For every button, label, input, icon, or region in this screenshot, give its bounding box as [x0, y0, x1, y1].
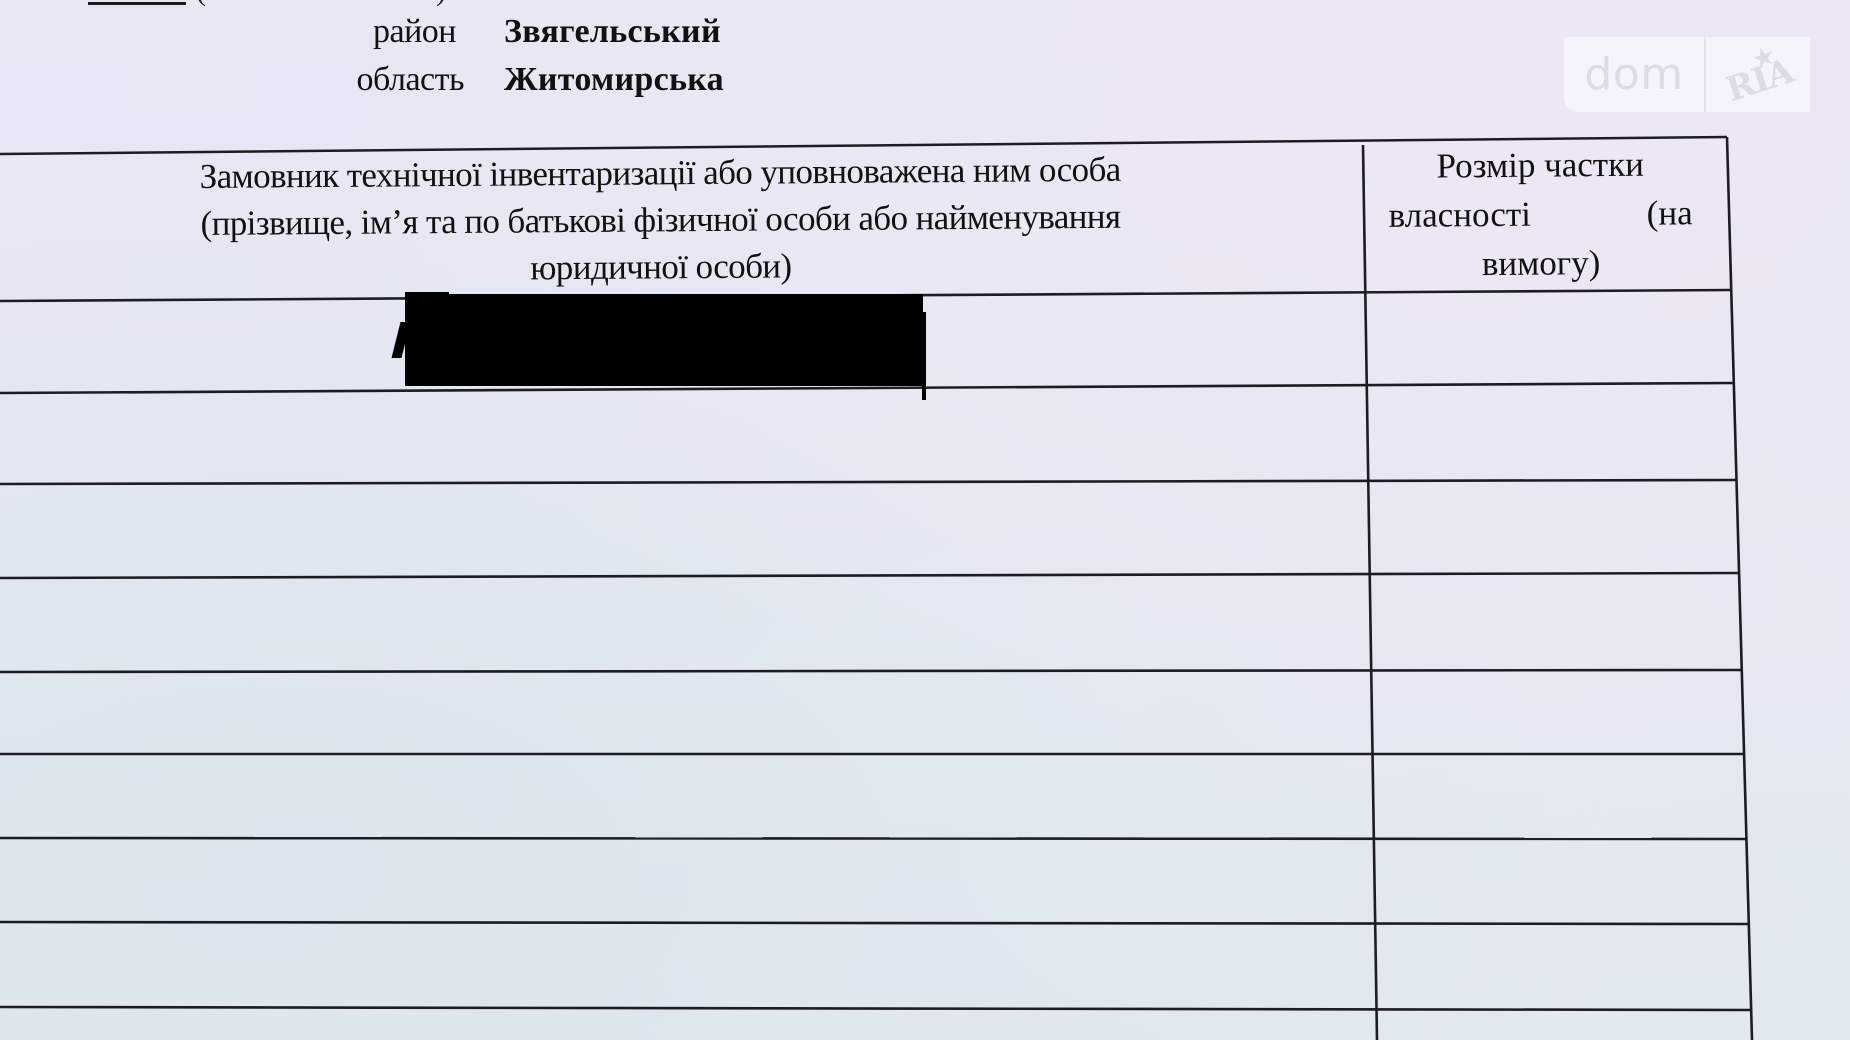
header-customer-line-2: (прізвище, ім’я та по батькові фізичної …: [70, 192, 1250, 248]
table-row: [0, 672, 1360, 754]
table-row: [0, 578, 1360, 672]
row-rule: [0, 1007, 1751, 1010]
table-row: [0, 484, 1360, 578]
column-divider: [1363, 145, 1377, 1040]
header-share-word-on: (на: [1646, 188, 1692, 237]
clipped-paren-close: ): [436, 0, 446, 8]
header-share-line-1: Розмір частки: [1380, 139, 1700, 191]
district-label: район: [296, 12, 456, 52]
watermark-dom-text: dom: [1564, 37, 1706, 112]
watermark-ria-text: RIA: [1722, 51, 1799, 110]
header-share-line-2: власності (на: [1380, 188, 1700, 240]
region-value: Житомирська: [504, 60, 724, 100]
table-row: [0, 301, 1360, 393]
table-header-customer: Замовник технічної інвентаризації або уп…: [70, 145, 1251, 295]
table-row: [0, 393, 1360, 484]
header-customer-line-3: юридичної особи): [71, 239, 1251, 295]
table-right-border: [1727, 137, 1752, 1040]
district-value: Звягельський: [504, 12, 721, 52]
clipped-paren-open: (: [196, 0, 206, 8]
table-row: [0, 838, 1360, 922]
watermark-ria: ★ RIA: [1706, 37, 1810, 112]
header-share-word-ownership: власності: [1388, 190, 1531, 240]
table-row: [0, 754, 1360, 838]
region-label: область: [304, 60, 464, 100]
clipped-underline: [88, 0, 186, 5]
document-page: ( ) район Звягельський область Житомирсь…: [0, 0, 1850, 1040]
domria-watermark: dom ★ RIA: [1564, 37, 1810, 112]
table-row: [0, 922, 1360, 1007]
table-header-share: Розмір частки власності (на вимогу): [1380, 139, 1701, 289]
header-share-line-3: вимогу): [1381, 237, 1701, 289]
